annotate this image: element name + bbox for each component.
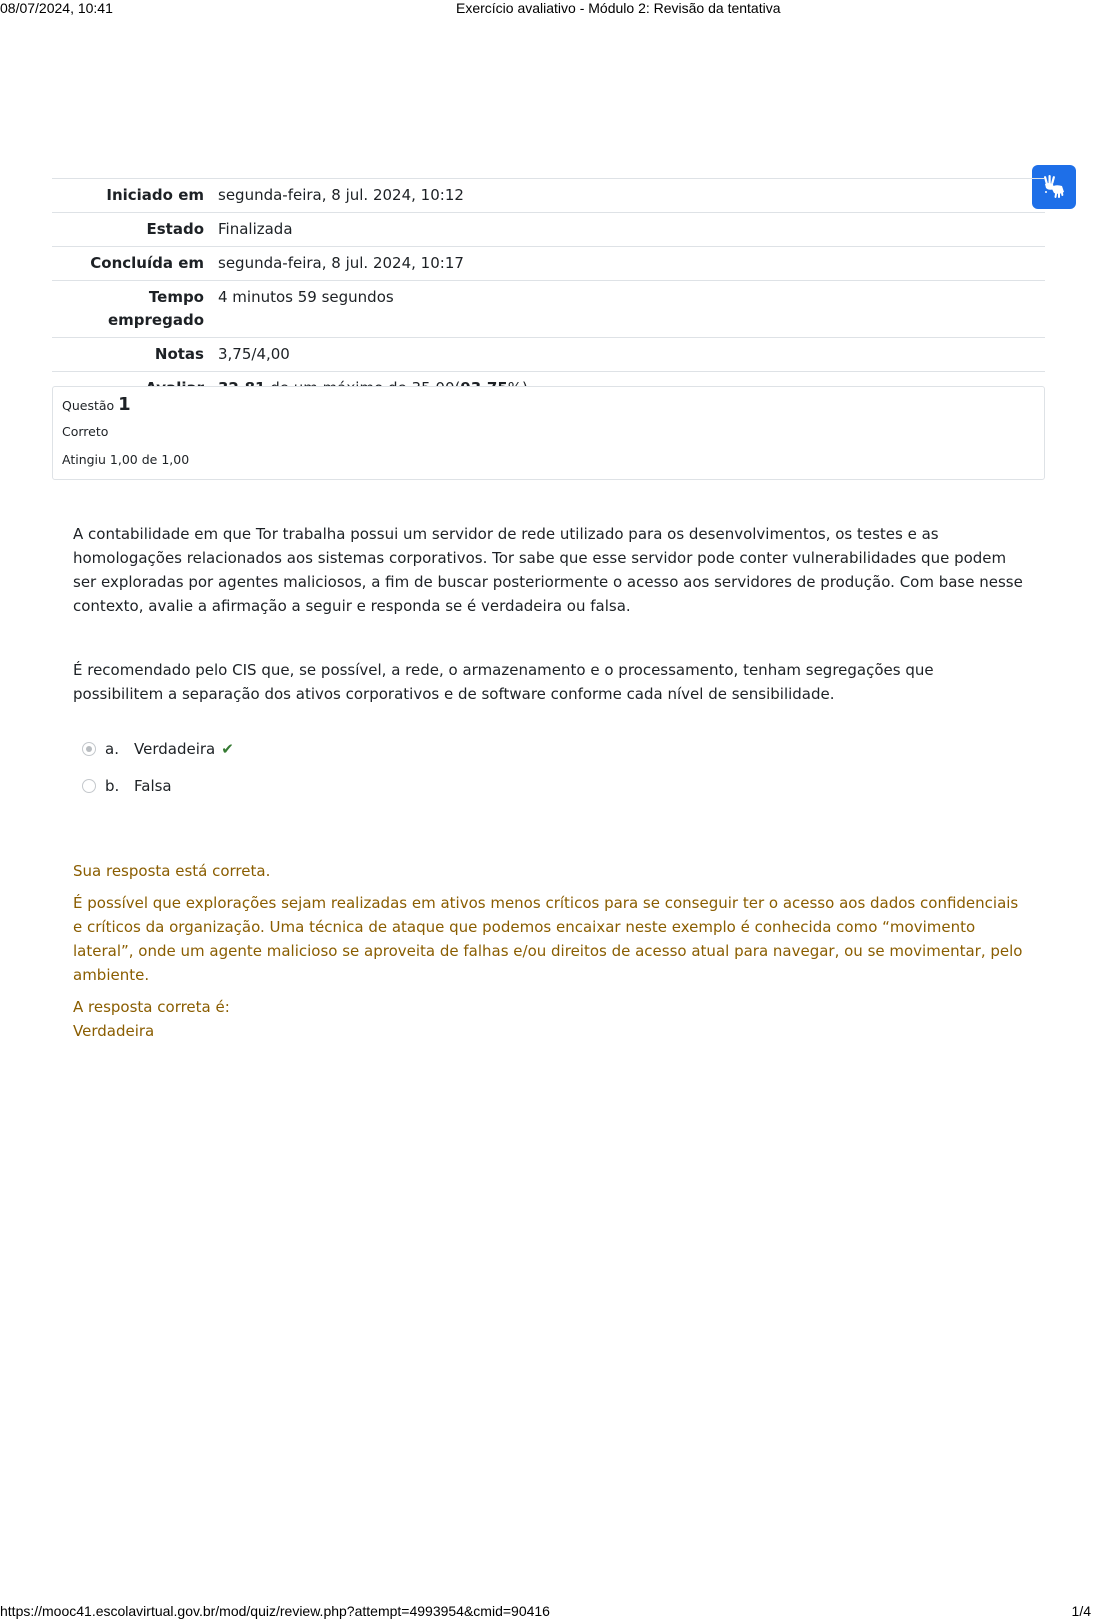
summary-label: Estado	[52, 213, 212, 247]
summary-value: segunda-feira, 8 jul. 2024, 10:12	[212, 179, 1045, 213]
summary-row-time-taken: Tempo empregado 4 minutos 59 segundos	[52, 281, 1045, 338]
question-number: Questão 1	[62, 395, 1035, 416]
question-statement: É recomendado pelo CIS que, se possível,…	[73, 658, 1023, 706]
summary-value: 4 minutos 59 segundos	[212, 281, 1045, 338]
print-datetime: 08/07/2024, 10:41	[0, 0, 113, 16]
summary-row-started: Iniciado em segunda-feira, 8 jul. 2024, …	[52, 179, 1045, 213]
summary-label: Concluída em	[52, 247, 212, 281]
radio-button-selected[interactable]	[82, 742, 96, 756]
question-text: A contabilidade em que Tor trabalha poss…	[73, 522, 1023, 706]
question-number-value: 1	[118, 394, 131, 415]
question-context: A contabilidade em que Tor trabalha poss…	[73, 522, 1023, 618]
feedback-section: Sua resposta está correta. É possível qu…	[73, 859, 1023, 1043]
summary-value: segunda-feira, 8 jul. 2024, 10:17	[212, 247, 1045, 281]
right-answer: A resposta correta é: Verdadeira	[73, 995, 1023, 1043]
answer-label: Falsa	[134, 777, 172, 795]
answer-letter: a.	[105, 740, 134, 758]
general-feedback: É possível que explorações sejam realiza…	[73, 891, 1023, 987]
answer-letter: b.	[105, 777, 134, 795]
summary-value: 3,75/4,00	[212, 338, 1045, 372]
summary-row-marks: Notas 3,75/4,00	[52, 338, 1045, 372]
print-header: 08/07/2024, 10:41 Exercício avaliativo -…	[0, 0, 1095, 20]
print-page-number: 1/4	[1072, 1603, 1091, 1619]
radio-button[interactable]	[82, 779, 96, 793]
answer-option-a[interactable]: a. Verdadeira ✔	[82, 737, 234, 761]
feedback-status: Sua resposta está correta.	[73, 859, 1023, 883]
summary-label: Iniciado em	[52, 179, 212, 213]
print-page-title: Exercício avaliativo - Módulo 2: Revisão…	[456, 0, 781, 16]
answer-option-b[interactable]: b. Falsa	[82, 774, 234, 798]
question-grade: Atingiu 1,00 de 1,00	[62, 450, 1035, 470]
question-prefix: Questão	[62, 398, 114, 413]
print-url: https://mooc41.escolavirtual.gov.br/mod/…	[0, 1603, 550, 1619]
attempt-summary-table: Iniciado em segunda-feira, 8 jul. 2024, …	[52, 178, 1045, 405]
print-footer: https://mooc41.escolavirtual.gov.br/mod/…	[0, 1603, 1095, 1623]
right-answer-value: Verdadeira	[73, 1019, 1023, 1043]
answer-label: Verdadeira	[134, 740, 215, 758]
answer-options: a. Verdadeira ✔ b. Falsa	[82, 737, 234, 811]
summary-value: Finalizada	[212, 213, 1045, 247]
summary-label: Tempo empregado	[52, 281, 212, 338]
right-answer-label: A resposta correta é:	[73, 995, 1023, 1019]
summary-row-completed: Concluída em segunda-feira, 8 jul. 2024,…	[52, 247, 1045, 281]
question-info-box: Questão 1 Correto Atingiu 1,00 de 1,00	[52, 386, 1045, 480]
summary-label: Notas	[52, 338, 212, 372]
question-state: Correto	[62, 422, 1035, 442]
summary-row-state: Estado Finalizada	[52, 213, 1045, 247]
correct-check-icon: ✔	[221, 740, 234, 758]
